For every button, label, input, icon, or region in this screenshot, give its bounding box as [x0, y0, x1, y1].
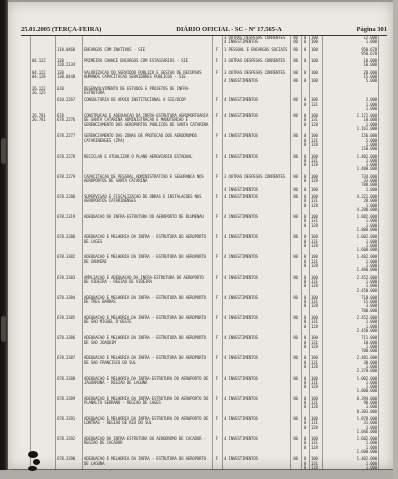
binding-notch [1, 138, 6, 164]
fonte-code [309, 349, 322, 353]
column-rule [301, 36, 302, 478]
amount-value: 5.000 [322, 79, 379, 83]
sub-code [301, 329, 309, 333]
description: DESENVOLVIMENTO DE ESTUDOS E PROJETOS DE… [82, 87, 212, 96]
fonte-code [309, 430, 322, 434]
category-name [222, 450, 290, 454]
category-name [222, 410, 290, 414]
category-name [222, 309, 290, 313]
description: CONSULTORIA DE APOIO INSTITUCIONAL A SIE… [82, 98, 212, 102]
code-col1: 26.122 26.125 [30, 87, 55, 96]
code-col2: 678.2277 [55, 134, 82, 138]
description: CAPACITACAO DE PESSOAL ADMINISTRATIVO E … [82, 175, 212, 184]
sub-code [301, 450, 309, 454]
description: CONSTRUCAO E ADEQUACAO DA INFRA-ESTRUTUR… [82, 114, 212, 127]
fonte-code [309, 208, 322, 212]
fiscal-flag: F [212, 377, 222, 381]
code-col2: 678.3391 [55, 417, 82, 421]
sub-code [301, 309, 309, 313]
code-col1: 04.122 [30, 59, 55, 63]
sub-code [301, 268, 309, 272]
description: ADEQUACAO E MELHORIA DA INFRA - ESTRUTUR… [82, 316, 212, 325]
table-border-left [30, 36, 31, 478]
column-rule [290, 36, 291, 478]
amount-value: 1.000 [322, 107, 379, 111]
esfera-value [290, 309, 301, 313]
esfera-value [290, 63, 301, 67]
description: ADEQUACAO E MELHORIA DA INFRA-ESTRUTURA … [82, 377, 212, 386]
category-name [222, 63, 290, 67]
code-col2: 678.3383 [55, 276, 82, 280]
description: GERENCIAMENTO DAS ZONAS DE PROTECAO DOS … [82, 134, 212, 143]
esfera-value [290, 369, 301, 373]
category-name [222, 228, 290, 232]
fiscal-flag: F [212, 59, 222, 63]
category-name [222, 107, 290, 111]
description: ADEQUACAO DA INFRA-ESTRUTURA DO AERODROM… [82, 437, 212, 446]
amount-value: 8.303.000 [322, 410, 379, 414]
fonte-code [309, 389, 322, 393]
table-border-right [378, 36, 379, 478]
esfera-value [290, 127, 301, 131]
description: AMPLIACAO E ADEQUACAO DA INFRA-ESTRUTURA… [82, 276, 212, 285]
category-name [222, 369, 290, 373]
fiscal-flag: F [212, 114, 222, 118]
fonte-code [309, 248, 322, 252]
fiscal-flag: F [212, 48, 222, 52]
fonte-code [309, 63, 322, 67]
fiscal-flag: F [212, 235, 222, 239]
page-header: 25.01.2005 (TERÇA-FEIRA) DIÁRIO OFICIAL … [21, 22, 387, 36]
code-col2: 678.3390 [55, 457, 82, 461]
amount-value: 950.678 [322, 52, 379, 56]
code-col2: 678.2280 [55, 195, 82, 199]
fiscal-flag: F [212, 155, 222, 159]
amount-value: 1.000 [322, 40, 379, 44]
sub-code [301, 107, 309, 111]
description: PRIMEIRA CHANCE ENCARGOS COM ESTAGIARIOS… [82, 59, 212, 63]
fonte-code [309, 268, 322, 272]
column-rule [55, 36, 56, 478]
esfera-value: 80 [290, 40, 301, 44]
scanned-page: 25.01.2005 (TERÇA-FEIRA) DIÁRIO OFICIAL … [7, 2, 393, 469]
esfera-value [290, 410, 301, 414]
amount-value: 1.000 [322, 188, 379, 192]
fonte-code [309, 329, 322, 333]
amount-value: 150.000 [322, 147, 379, 151]
column-rule [212, 36, 213, 478]
scan-artifact [33, 459, 40, 465]
description: ADEQUACAO E MELHORIA DA INFRA - ESTRUTUR… [82, 356, 212, 365]
fonte-code [309, 289, 322, 293]
fiscal-flag: F [212, 276, 222, 280]
description: ADEQUACAO E MELHORIA DA INFRA - ESTRUTUR… [82, 296, 212, 305]
column-rule [82, 36, 83, 478]
code-col2: 130 130.0448 [55, 71, 82, 80]
esfera-value [290, 107, 301, 111]
description: ADEQUACAO E MELHORIA DA INFRA - ESTRUTUR… [82, 336, 212, 345]
fiscal-flag: F [212, 175, 222, 179]
category-name [222, 430, 290, 434]
code-col2: 678.3385 [55, 316, 82, 320]
code-col2: 678.3382 [55, 255, 82, 259]
esfera-value: 80 [290, 79, 301, 83]
esfera-value [290, 248, 301, 252]
esfera-value [290, 430, 301, 434]
description: ENCARGOS COM INATIVOS - SIE [82, 48, 212, 52]
category-name [222, 167, 290, 171]
description: ADEQUACAO E MELHORIA DA INFRA-ESTRUTURA … [82, 397, 212, 406]
sub-code [301, 389, 309, 393]
description: ADEQUACAO E MELHORIA DA INFRA - ESTRUTUR… [82, 235, 212, 244]
fiscal-flag: F [212, 296, 222, 300]
fonte-code [309, 228, 322, 232]
fonte-code [309, 369, 322, 373]
code-col2: 678.3386 [55, 336, 82, 340]
description: ADEQUACAO E MELHORIA DA INFRA - ESTRUTUR… [82, 255, 212, 264]
code-col2: 678.3388 [55, 377, 82, 381]
amount-value: 1.600.000 [322, 248, 379, 252]
category-name: 4 INVESTIMENTOS [222, 188, 290, 192]
sub-code [301, 430, 309, 434]
sub-code [301, 289, 309, 293]
fonte-code [309, 107, 322, 111]
fonte-code: 100 [309, 40, 322, 44]
code-col2: 678.3380 [55, 235, 82, 239]
sub-code [301, 248, 309, 252]
category-name [222, 52, 290, 56]
category-name: 4 INVESTIMENTOS [222, 79, 290, 83]
description: ADEQUACAO E MELHORIA DA INFRA - ESTRUTUR… [82, 457, 212, 466]
header-date: 25.01.2005 (TERÇA-FEIRA) [21, 26, 141, 33]
category-name: 4 INVESTIMENTOS [222, 40, 290, 44]
esfera-value [290, 268, 301, 272]
scan-margin-bottom [0, 470, 398, 479]
esfera-value [290, 389, 301, 393]
esfera-value [290, 147, 301, 151]
description: ADEQUACAO DA INFRA-ESTRUTURA DO AEROPORT… [82, 215, 212, 219]
sub-code: 0 [301, 188, 309, 192]
category-name [222, 147, 290, 151]
sub-code [301, 52, 309, 56]
code-col2: 678.3392 [55, 437, 82, 441]
code-col2: 678 678.2276 [55, 114, 82, 123]
code-col2: 110.0468 [55, 48, 82, 52]
fiscal-flag: F [212, 255, 222, 259]
amount-value: 2.450.000 [322, 289, 379, 293]
category-name [222, 349, 290, 353]
sub-code: 0 [301, 40, 309, 44]
scan-artifact [28, 466, 37, 471]
code-col2: 678.3389 [55, 397, 82, 401]
sub-code [301, 228, 309, 232]
page-number: Página 301 [317, 26, 387, 33]
fonte-code: 100 [309, 188, 322, 192]
budget-table: 3 OUTRAS DESPESAS CORRENTES80010012.0004… [30, 36, 379, 479]
sub-code: 0 [301, 79, 309, 83]
binding-edge [0, 0, 8, 479]
fiscal-flag: F [212, 195, 222, 199]
fonte-code [309, 52, 322, 56]
fiscal-flag: F [212, 71, 222, 75]
description: ADEQUACAO E MELHORIA DA INFRA-ESTRUTURA … [82, 417, 212, 426]
category-name [222, 248, 290, 252]
fiscal-flag: F [212, 98, 222, 102]
fonte-code [309, 450, 322, 454]
description: SUPERVISAO E FISCALIZACAO DE OBRAS E INS… [82, 195, 212, 204]
code-col2: 610 [55, 87, 82, 91]
category-name [222, 127, 290, 131]
esfera-value: 80 [290, 188, 301, 192]
amount-value: 1.400.000 [322, 167, 379, 171]
category-name [222, 268, 290, 272]
amount-value: 1.600.000 [322, 450, 379, 454]
amount-value: 1.400.000 [322, 268, 379, 272]
column-rule [322, 36, 323, 478]
amount-value: 2.370.000 [322, 369, 379, 373]
column-rule [309, 36, 310, 478]
fiscal-flag: F [212, 134, 222, 138]
description: RECICLAR E ATUALIZAR O PLANO AEROVIARIO … [82, 155, 212, 159]
category-name [222, 289, 290, 293]
sub-code [301, 410, 309, 414]
sub-code [301, 127, 309, 131]
sub-code [301, 147, 309, 151]
esfera-value [290, 329, 301, 333]
code-col2: 678.2279 [55, 175, 82, 179]
esfera-value [290, 450, 301, 454]
fiscal-flag: F [212, 356, 222, 360]
fonte-code [309, 127, 322, 131]
esfera-value [290, 208, 301, 212]
amount-value: 1.000.000 [322, 389, 379, 393]
amount-value: 700.000 [322, 349, 379, 353]
code-col1: 26.781 26.781 [30, 114, 55, 123]
binding-notch [1, 316, 6, 342]
amount-value: 1.161.000 [322, 127, 379, 131]
amount-value: 1.046.000 [322, 430, 379, 434]
code-col2: 678.2319 [55, 215, 82, 219]
sub-code [301, 369, 309, 373]
sub-code [301, 208, 309, 212]
sub-code [301, 167, 309, 171]
sub-code [301, 63, 309, 67]
esfera-value [290, 349, 301, 353]
esfera-value [290, 167, 301, 171]
fiscal-flag: F [212, 437, 222, 441]
fonte-code [309, 147, 322, 151]
amount-value: 10.000 [322, 63, 379, 67]
esfera-value [290, 228, 301, 232]
column-rule [222, 36, 223, 478]
header-title: DIÁRIO OFICIAL - SC - Nº 17.565-A [141, 26, 317, 33]
scan-margin-right [393, 0, 398, 479]
category-name [222, 208, 290, 212]
code-col2: 610.2267 [55, 98, 82, 102]
code-col1: 04.122 04.128 [30, 71, 55, 80]
fonte-code [309, 309, 322, 313]
fonte-code [309, 167, 322, 171]
fiscal-flag: F [212, 417, 222, 421]
amount-value: 700.000 [322, 309, 379, 313]
fonte-code [309, 410, 322, 414]
code-col2: 120 120.2134 [55, 59, 82, 68]
fiscal-flag: F [212, 316, 222, 320]
fiscal-flag: F [212, 336, 222, 340]
esfera-value [290, 289, 301, 293]
category-name [222, 329, 290, 333]
scan-artifact [28, 451, 38, 458]
amount-value: 4.200.000 [322, 208, 379, 212]
esfera-value [290, 52, 301, 56]
category-name [222, 389, 290, 393]
fiscal-flag: F [212, 397, 222, 401]
fonte-code: 100 [309, 79, 322, 83]
code-col2: 678.3387 [55, 356, 82, 360]
amount-value: 2.450.000 [322, 329, 379, 333]
description: VALORIZACAO DO SERVIDOR PUBLICO E GESTAO… [82, 71, 212, 80]
fiscal-flag: F [212, 457, 222, 461]
code-col2: 678.2278 [55, 155, 82, 159]
amount-value: 1.800.000 [322, 228, 379, 232]
fiscal-flag: F [212, 215, 222, 219]
code-col2: 678.3384 [55, 296, 82, 300]
sub-code [301, 349, 309, 353]
